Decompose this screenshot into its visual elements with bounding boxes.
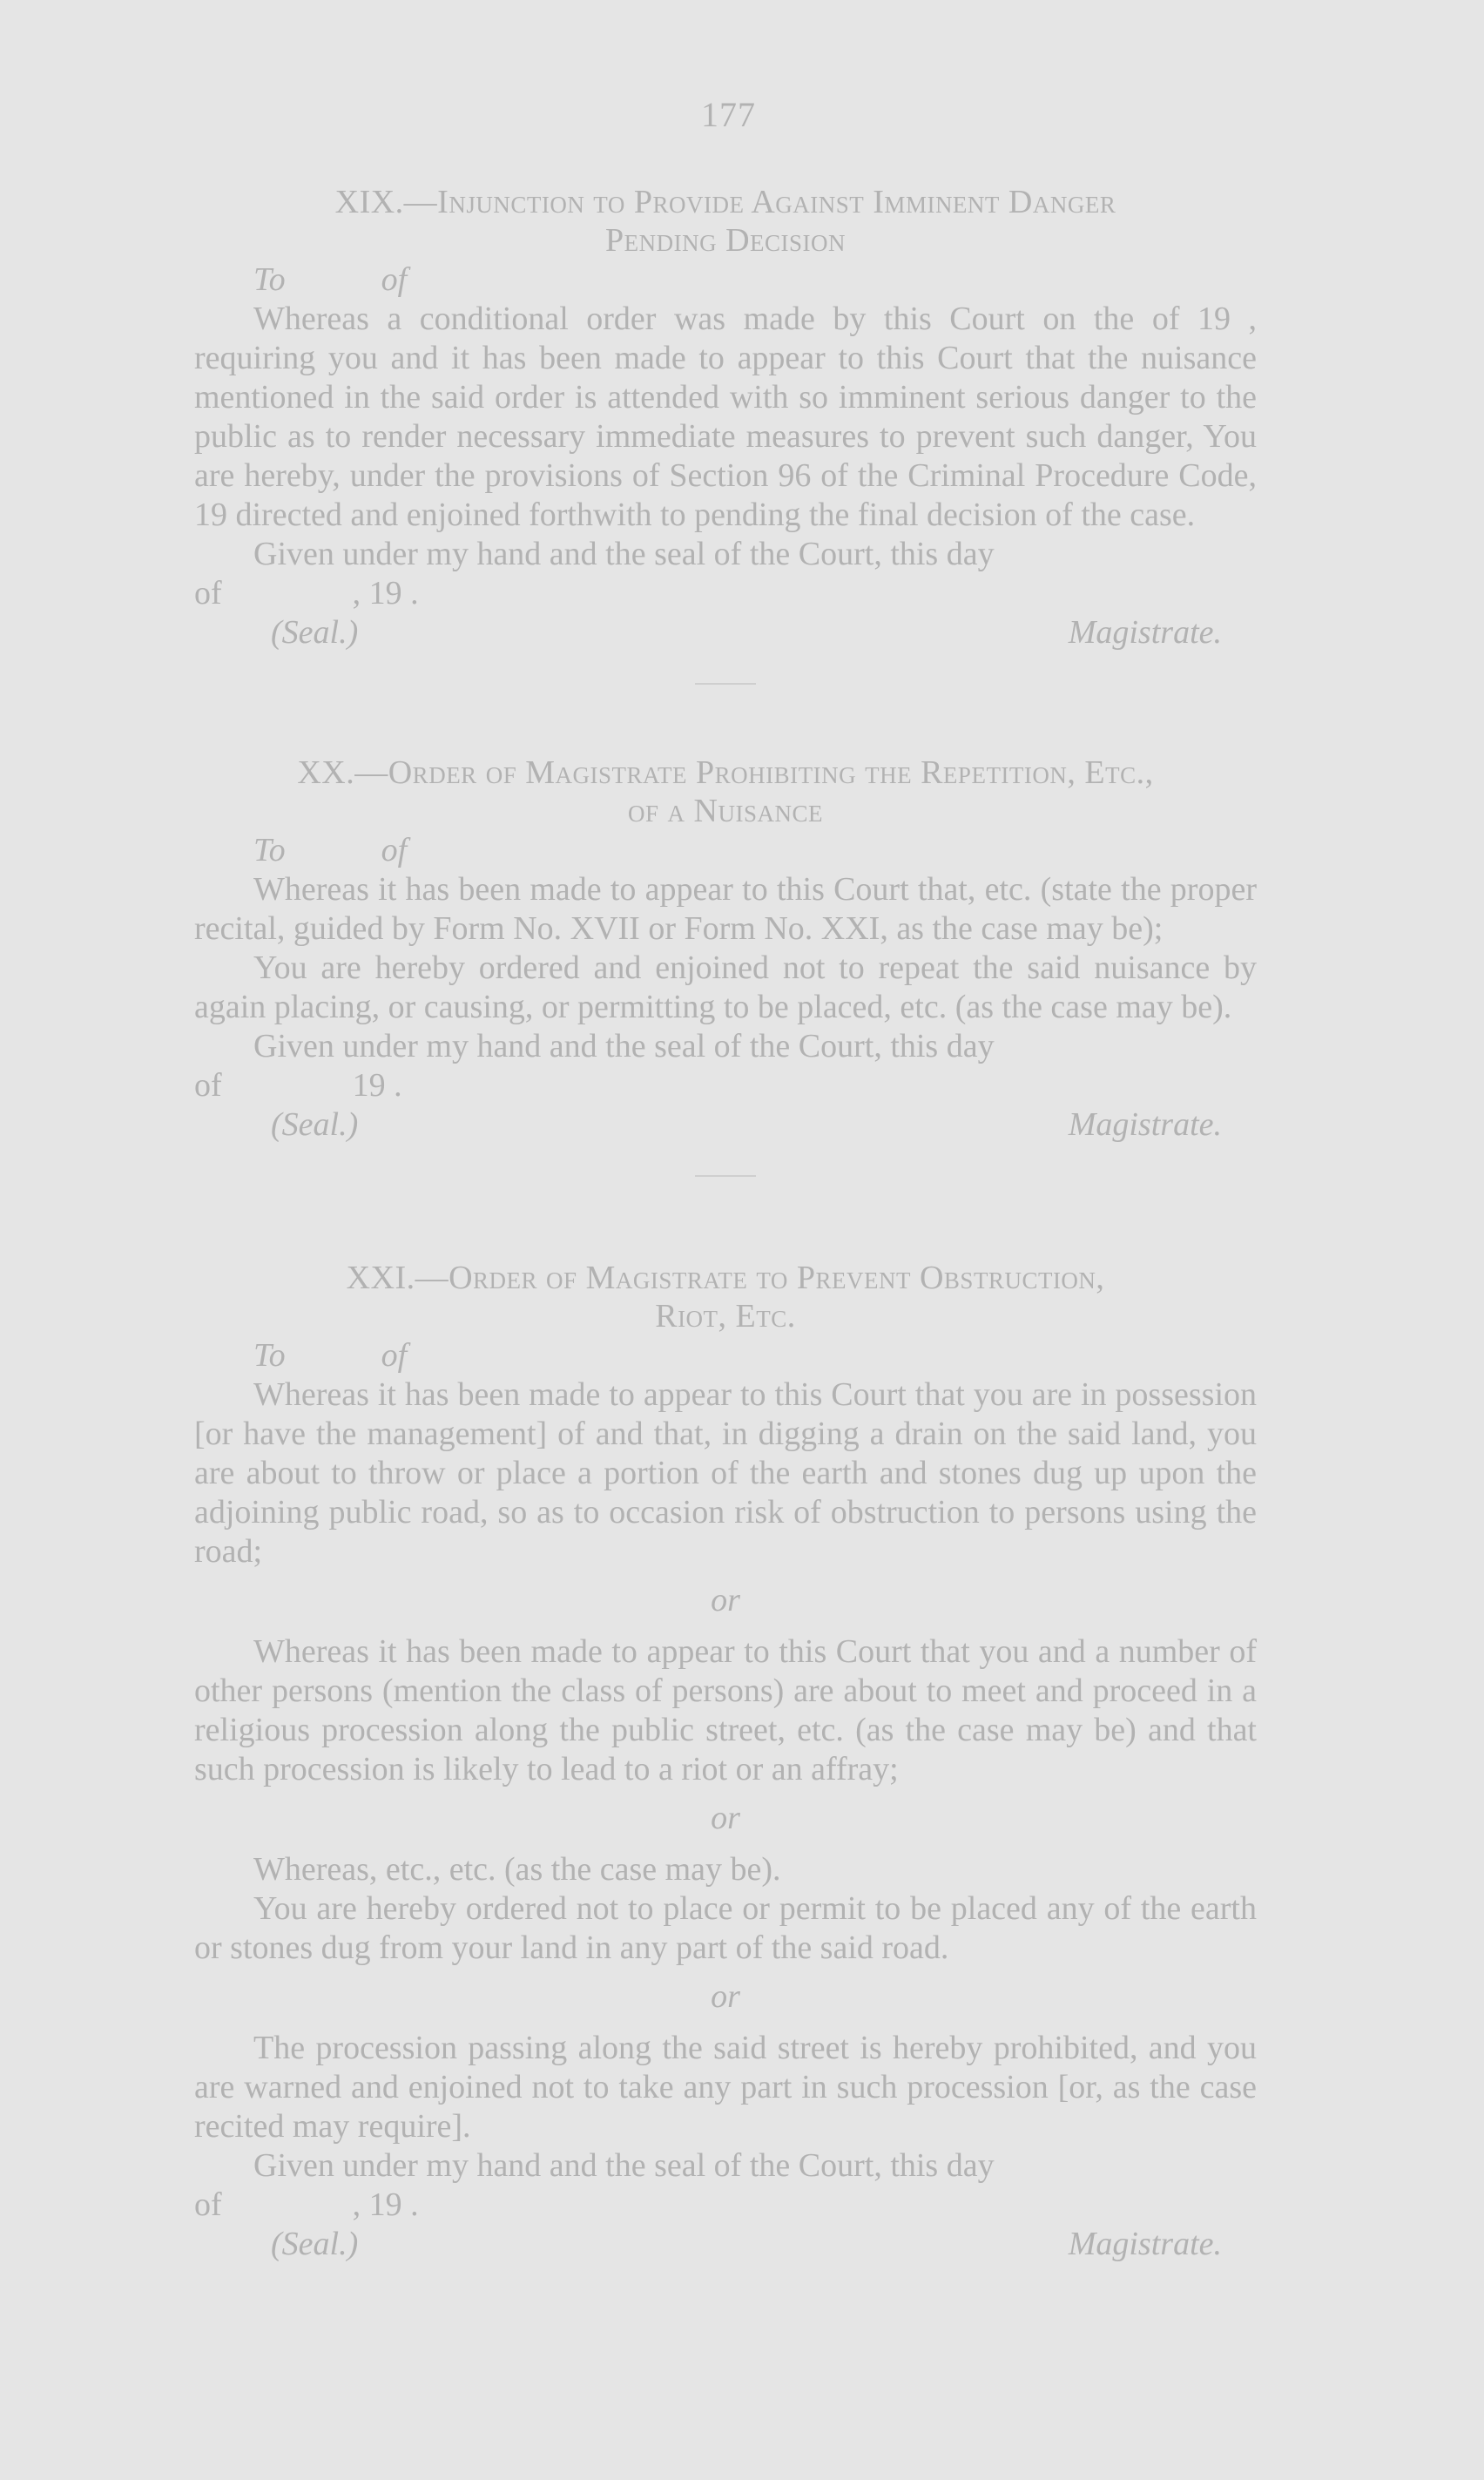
form-xix-title: XIX.—Injunction to Provide Against Immin… bbox=[194, 183, 1257, 260]
date-line: of, 19 . bbox=[194, 574, 1257, 613]
form-paragraph: Whereas a conditional order was made by … bbox=[194, 300, 1257, 535]
date-of: of bbox=[194, 2186, 222, 2223]
signature-line: (Seal.) Magistrate. bbox=[194, 1105, 1257, 1149]
or-separator: or bbox=[194, 1580, 1257, 1620]
given-line: Given under my hand and the seal of the … bbox=[194, 2146, 1257, 2186]
form-paragraph: The procession passing along the said st… bbox=[194, 2029, 1257, 2146]
date-line: of19 . bbox=[194, 1066, 1257, 1105]
to-label: To bbox=[253, 1337, 286, 1374]
form-paragraph: Whereas it has been made to appear to th… bbox=[194, 1375, 1257, 1571]
form-xix: XIX.—Injunction to Provide Against Immin… bbox=[194, 183, 1257, 713]
form-title-sub: Pending Decision bbox=[194, 221, 1257, 260]
seal-label: (Seal.) bbox=[271, 1105, 358, 1144]
magistrate-signature: Magistrate. bbox=[1069, 2225, 1222, 2263]
of-label: of bbox=[381, 261, 408, 298]
form-paragraph: You are hereby ordered and enjoined not … bbox=[194, 949, 1257, 1027]
form-title-sub: of a Nuisance bbox=[194, 792, 1257, 830]
section-divider bbox=[695, 1175, 756, 1177]
form-title-main: XXI.—Order of Magistrate to Prevent Obst… bbox=[347, 1260, 1105, 1296]
of-label: of bbox=[381, 832, 408, 868]
section-divider bbox=[695, 683, 756, 685]
to-label: To bbox=[253, 261, 286, 298]
form-paragraph: You are hereby ordered not to place or p… bbox=[194, 1889, 1257, 1968]
date-year: , 19 . bbox=[353, 575, 419, 612]
signature-line: (Seal.) Magistrate. bbox=[194, 2225, 1257, 2268]
seal-label: (Seal.) bbox=[271, 613, 358, 652]
given-line: Given under my hand and the seal of the … bbox=[194, 1027, 1257, 1066]
signature-line: (Seal.) Magistrate. bbox=[194, 613, 1257, 657]
form-xx: XX.—Order of Magistrate Prohibiting the … bbox=[194, 753, 1257, 1205]
date-year: 19 . bbox=[353, 1067, 402, 1104]
form-xxi: XXI.—Order of Magistrate to Prevent Obst… bbox=[194, 1259, 1257, 2268]
to-label: To bbox=[253, 832, 286, 868]
addressee-line: Toof bbox=[253, 1335, 1257, 1375]
magistrate-signature: Magistrate. bbox=[1069, 613, 1222, 652]
form-xxi-title: XXI.—Order of Magistrate to Prevent Obst… bbox=[194, 1259, 1257, 1335]
seal-label: (Seal.) bbox=[271, 2225, 358, 2263]
or-separator: or bbox=[194, 1798, 1257, 1838]
addressee-line: Toof bbox=[253, 830, 1257, 870]
magistrate-signature: Magistrate. bbox=[1069, 1105, 1222, 1144]
form-paragraph: Whereas it has been made to appear to th… bbox=[194, 870, 1257, 949]
date-of: of bbox=[194, 1067, 222, 1104]
date-line: of, 19 . bbox=[194, 2186, 1257, 2225]
form-xx-title: XX.—Order of Magistrate Prohibiting the … bbox=[194, 753, 1257, 830]
or-separator: or bbox=[194, 1977, 1257, 2017]
form-paragraph: Whereas, etc., etc. (as the case may be)… bbox=[194, 1850, 1257, 1889]
of-label: of bbox=[381, 1337, 408, 1374]
addressee-line: Toof bbox=[253, 260, 1257, 300]
page-number: 177 bbox=[701, 94, 756, 135]
form-title-main: XX.—Order of Magistrate Prohibiting the … bbox=[297, 754, 1153, 791]
form-paragraph: Whereas it has been made to appear to th… bbox=[194, 1632, 1257, 1789]
form-title-main: XIX.—Injunction to Provide Against Immin… bbox=[335, 184, 1116, 220]
date-of: of bbox=[194, 575, 222, 612]
given-line: Given under my hand and the seal of the … bbox=[194, 535, 1257, 574]
form-title-sub: Riot, Etc. bbox=[255, 1297, 1196, 1335]
date-year: , 19 . bbox=[353, 2186, 419, 2223]
